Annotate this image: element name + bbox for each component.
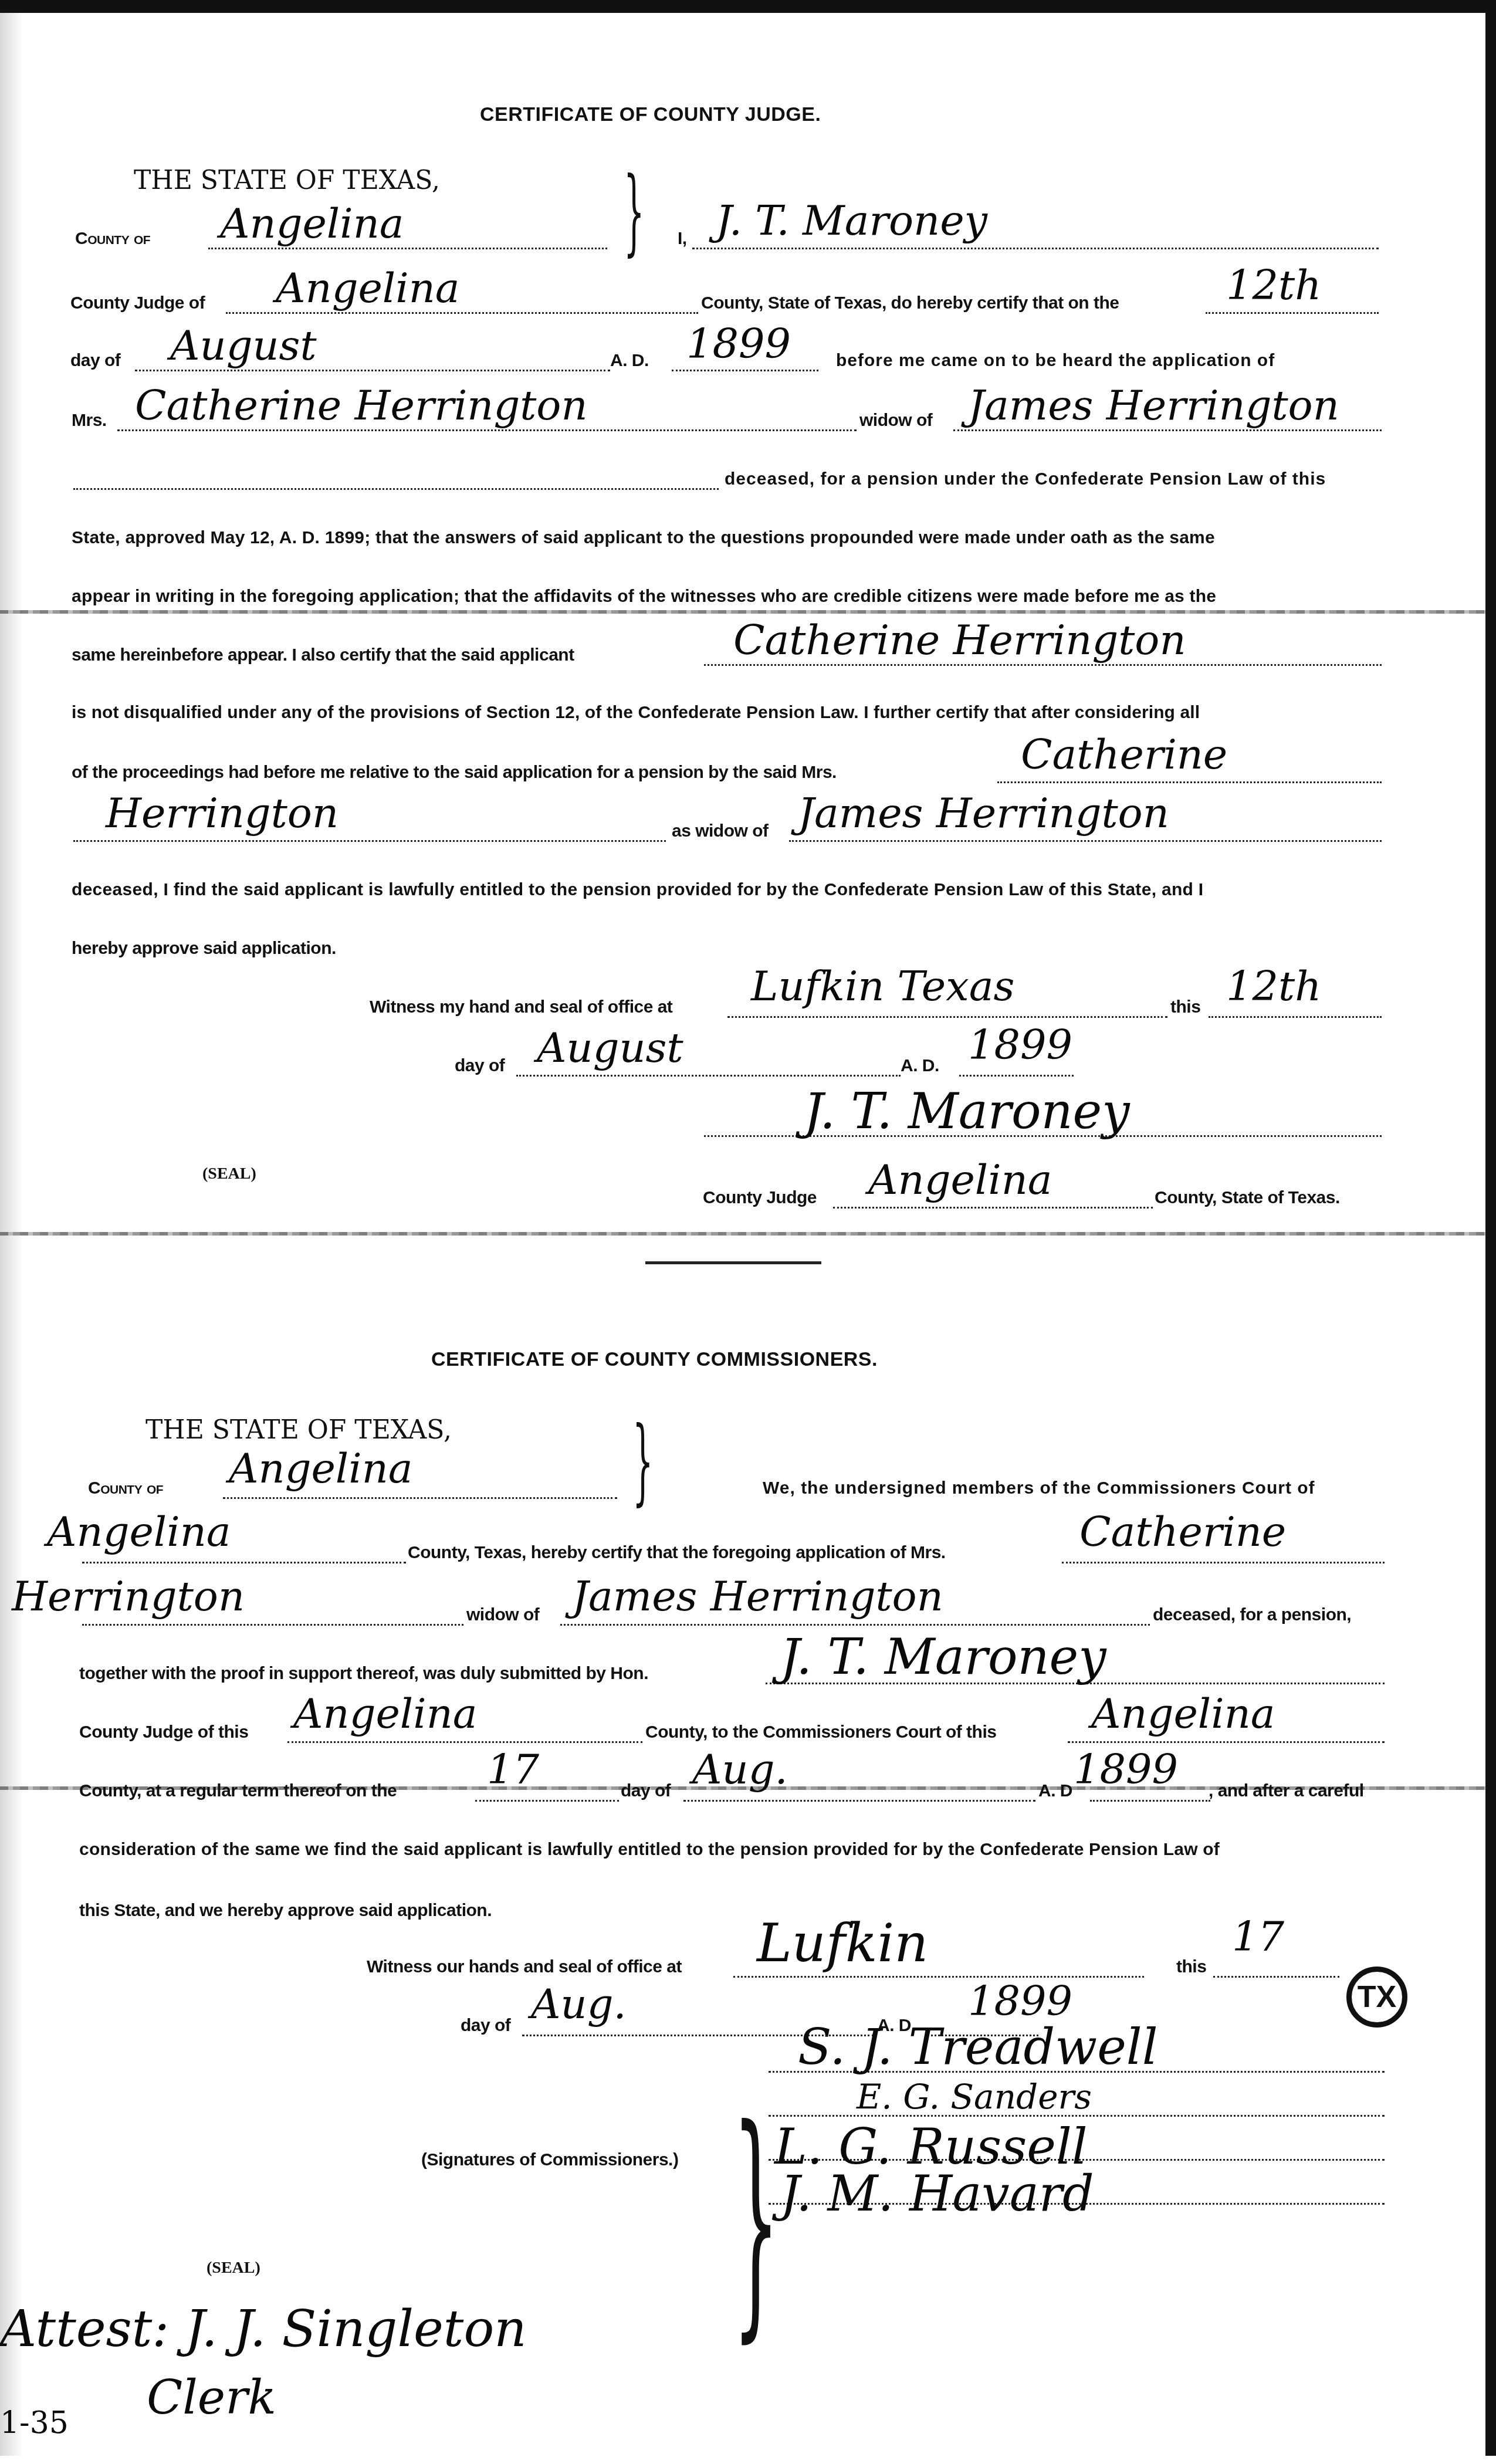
- state-approved-line: State, approved May 12, A. D. 1899; that…: [72, 528, 1215, 548]
- scan-right-border: [1485, 0, 1496, 2464]
- applicant-name[interactable]: Catherine Herrington: [135, 381, 588, 429]
- widow-of-label-2: widow of: [466, 1605, 539, 1625]
- judge-name-field-line: [692, 248, 1379, 249]
- margin-number: 1-35: [0, 2405, 69, 2441]
- husband-field-line-2: [789, 840, 1382, 842]
- together-text: together with the proof in support there…: [79, 1664, 648, 1684]
- witness-label-2: Witness our hands and seal of office at: [367, 1957, 682, 1977]
- applicant-last[interactable]: Herrington: [12, 1572, 245, 1620]
- husband-field-line: [953, 429, 1382, 431]
- court-county-value[interactable]: Angelina: [1091, 1690, 1275, 1738]
- husband-name-3[interactable]: James Herrington: [572, 1572, 943, 1620]
- consideration-text: consideration of the same we find the sa…: [79, 1840, 1220, 1860]
- judge-signature[interactable]: J. T. Maroney: [804, 1082, 1130, 1140]
- heard-text: before me came on to be heard the applic…: [836, 351, 1275, 371]
- witness-month[interactable]: August: [537, 1024, 683, 1072]
- county-of-value[interactable]: Angelina: [220, 199, 404, 248]
- husband-name-2[interactable]: James Herrington: [798, 789, 1169, 837]
- applicant-last-field-line: [73, 840, 666, 842]
- brace-icon: }: [733, 2097, 780, 2344]
- to-court-text: County, to the Commissioners Court of th…: [645, 1722, 996, 1742]
- regular-term-text: County, at a regular term thereof on the: [79, 1781, 397, 1801]
- stamp-text: TX: [1358, 1979, 1396, 2015]
- applicant-last-field-line-2: [82, 1624, 463, 1626]
- attest-title[interactable]: Clerk: [147, 2370, 276, 2425]
- scan-bottom-border: [0, 2456, 1496, 2464]
- commissioners-certificate-title: CERTIFICATE OF COUNTY COMMISSIONERS.: [431, 1348, 878, 1371]
- this-label-2: this: [1176, 1957, 1206, 1977]
- tx-stamp-icon: TX: [1346, 1967, 1407, 2028]
- county-value[interactable]: Angelina: [47, 1508, 231, 1556]
- county-of-label-2: County of: [88, 1478, 163, 1498]
- state-heading: THE STATE OF TEXAS,: [134, 165, 440, 195]
- state-heading-2: THE STATE OF TEXAS,: [145, 1415, 452, 1445]
- county-of-field-line-2: [223, 1497, 617, 1499]
- certify-text-2: County, Texas, hereby certify that the f…: [408, 1543, 946, 1563]
- witness-place-field-line: [727, 1016, 1167, 1018]
- signatures-label: (Signatures of Commissioners.): [421, 2150, 678, 2170]
- county-judge-of-field-line: [226, 312, 698, 314]
- commissioner-signature-4[interactable]: J. M. Havard: [780, 2165, 1094, 2222]
- brace-icon: }: [632, 1414, 654, 1508]
- ad-label: A. D.: [610, 351, 649, 371]
- term-day-of-label: day of: [621, 1781, 671, 1801]
- court-county-field-line: [1068, 1741, 1385, 1743]
- paper-fold-line: [0, 1232, 1485, 1236]
- county-of-field-line: [208, 248, 607, 249]
- husband-field-line-3: [560, 1624, 1150, 1626]
- year-value[interactable]: 1899: [686, 320, 791, 368]
- witness-label: Witness my hand and seal of office at: [370, 997, 672, 1017]
- approve-line: hereby approve said application.: [72, 939, 336, 959]
- widow-of-label: widow of: [859, 411, 932, 431]
- we-undersigned-text: We, the undersigned members of the Commi…: [763, 1478, 1315, 1498]
- county-judge-of-value[interactable]: Angelina: [276, 264, 459, 312]
- applicant-field-line: [117, 429, 857, 431]
- term-year-field-line: [1090, 1800, 1210, 1802]
- not-disqualified-line: is not disqualified under any of the pro…: [72, 703, 1200, 723]
- witness-place[interactable]: Lufkin Texas: [751, 962, 1014, 1010]
- term-ad-label: A. D: [1038, 1781, 1072, 1801]
- paper-edge-shade: [0, 13, 23, 2464]
- witness-day-2[interactable]: 17: [1232, 1913, 1284, 1961]
- commissioner-signature-1[interactable]: S. J. Treadwell: [798, 2018, 1158, 2076]
- term-month-field-line: [683, 1800, 1035, 1802]
- county-of-label: County of: [75, 229, 150, 249]
- witness-day[interactable]: 12th: [1226, 962, 1321, 1010]
- witness-month-field-line: [516, 1075, 901, 1077]
- attest-signature[interactable]: Attest: J. J. Singleton: [0, 2300, 527, 2358]
- county-judge-of-this-label: County Judge of this: [79, 1722, 248, 1742]
- term-day-field-line: [475, 1800, 619, 1802]
- deceased-line: deceased, for a pension under the Confed…: [725, 469, 1326, 489]
- county-field-line: [82, 1562, 406, 1563]
- seal-label-2: (SEAL): [207, 2259, 260, 2277]
- this-state-text: this State, and we hereby approve said a…: [79, 1901, 492, 1921]
- submitted-by-judge[interactable]: J. T. Maroney: [780, 1628, 1106, 1685]
- applicant-first[interactable]: Catherine: [1079, 1508, 1286, 1556]
- applicant-first-field-line: [997, 781, 1382, 783]
- witness-ad-label: A. D.: [901, 1056, 939, 1076]
- county-judge-county-field-line: [833, 1207, 1153, 1209]
- county-judge-of-this-value[interactable]: Angelina: [293, 1690, 477, 1738]
- witness-place-2[interactable]: Lufkin: [757, 1913, 928, 1974]
- county-judge-label: County Judge: [703, 1188, 817, 1208]
- day-field-line: [1206, 312, 1379, 314]
- applicant-name-2[interactable]: Catherine Herrington: [733, 616, 1186, 664]
- witness-day-of-label-2: day of: [461, 2016, 510, 2036]
- deceased-text: deceased, for a pension,: [1153, 1605, 1351, 1625]
- certify-text: County, State of Texas, do hereby certif…: [701, 293, 1119, 313]
- witness-month-2[interactable]: Aug.: [531, 1980, 627, 2028]
- term-day[interactable]: 17: [487, 1745, 539, 1793]
- paper-fold-line: [0, 610, 1485, 614]
- month-field-line: [135, 370, 610, 371]
- brace-icon: }: [624, 164, 645, 258]
- county-judge-of-label: County Judge of: [70, 293, 205, 313]
- judge-certificate-title: CERTIFICATE OF COUNTY JUDGE.: [480, 103, 821, 126]
- year-field-line: [672, 370, 818, 371]
- same-hereinbefore-line: same hereinbefore appear. I also certify…: [72, 645, 574, 665]
- judge-name-value[interactable]: J. T. Maroney: [716, 197, 987, 245]
- seal-label: (SEAL): [202, 1165, 256, 1183]
- county-of-value-2[interactable]: Angelina: [229, 1444, 412, 1492]
- as-widow-of-label: as widow of: [672, 821, 769, 841]
- commissioner-signature-2[interactable]: E. G. Sanders: [857, 2077, 1092, 2117]
- scan-top-border: [0, 0, 1496, 13]
- day-value[interactable]: 12th: [1226, 261, 1321, 309]
- witness-year[interactable]: 1899: [968, 1021, 1072, 1069]
- applicant-field-line-2: [704, 664, 1382, 666]
- county-judge-of-this-field-line: [287, 1741, 642, 1743]
- applicant-first-3[interactable]: Catherine: [1021, 730, 1227, 779]
- witness-place-field-line-2: [733, 1976, 1144, 1978]
- careful-text: , and after a careful: [1209, 1781, 1364, 1801]
- proceedings-line: of the proceedings had before me relativ…: [72, 763, 837, 783]
- mrs-label: Mrs.: [72, 411, 107, 431]
- witness-year-field-line: [959, 1075, 1074, 1077]
- appear-line: appear in writing in the foregoing appli…: [72, 587, 1216, 607]
- applicant-last-3[interactable]: Herrington: [106, 789, 339, 837]
- term-month[interactable]: Aug.: [692, 1745, 788, 1793]
- county-judge-county[interactable]: Angelina: [868, 1156, 1052, 1204]
- witness-day-field-line-2: [1213, 1976, 1339, 1978]
- county-state-label: County, State of Texas.: [1155, 1188, 1340, 1208]
- month-value[interactable]: August: [170, 321, 317, 370]
- husband-name[interactable]: James Herrington: [968, 381, 1339, 429]
- day-of-label: day of: [70, 351, 120, 371]
- section-divider: [645, 1261, 821, 1264]
- this-label: this: [1170, 997, 1200, 1017]
- term-year[interactable]: 1899: [1074, 1745, 1178, 1793]
- i-label: I,: [678, 229, 687, 249]
- find-line: deceased, I find the said applicant is l…: [72, 880, 1203, 900]
- witness-day-field-line: [1209, 1016, 1382, 1018]
- applicant-first-field-line-2: [1062, 1562, 1385, 1563]
- witness-day-of-label: day of: [455, 1056, 505, 1076]
- blank-field-line: [73, 488, 719, 490]
